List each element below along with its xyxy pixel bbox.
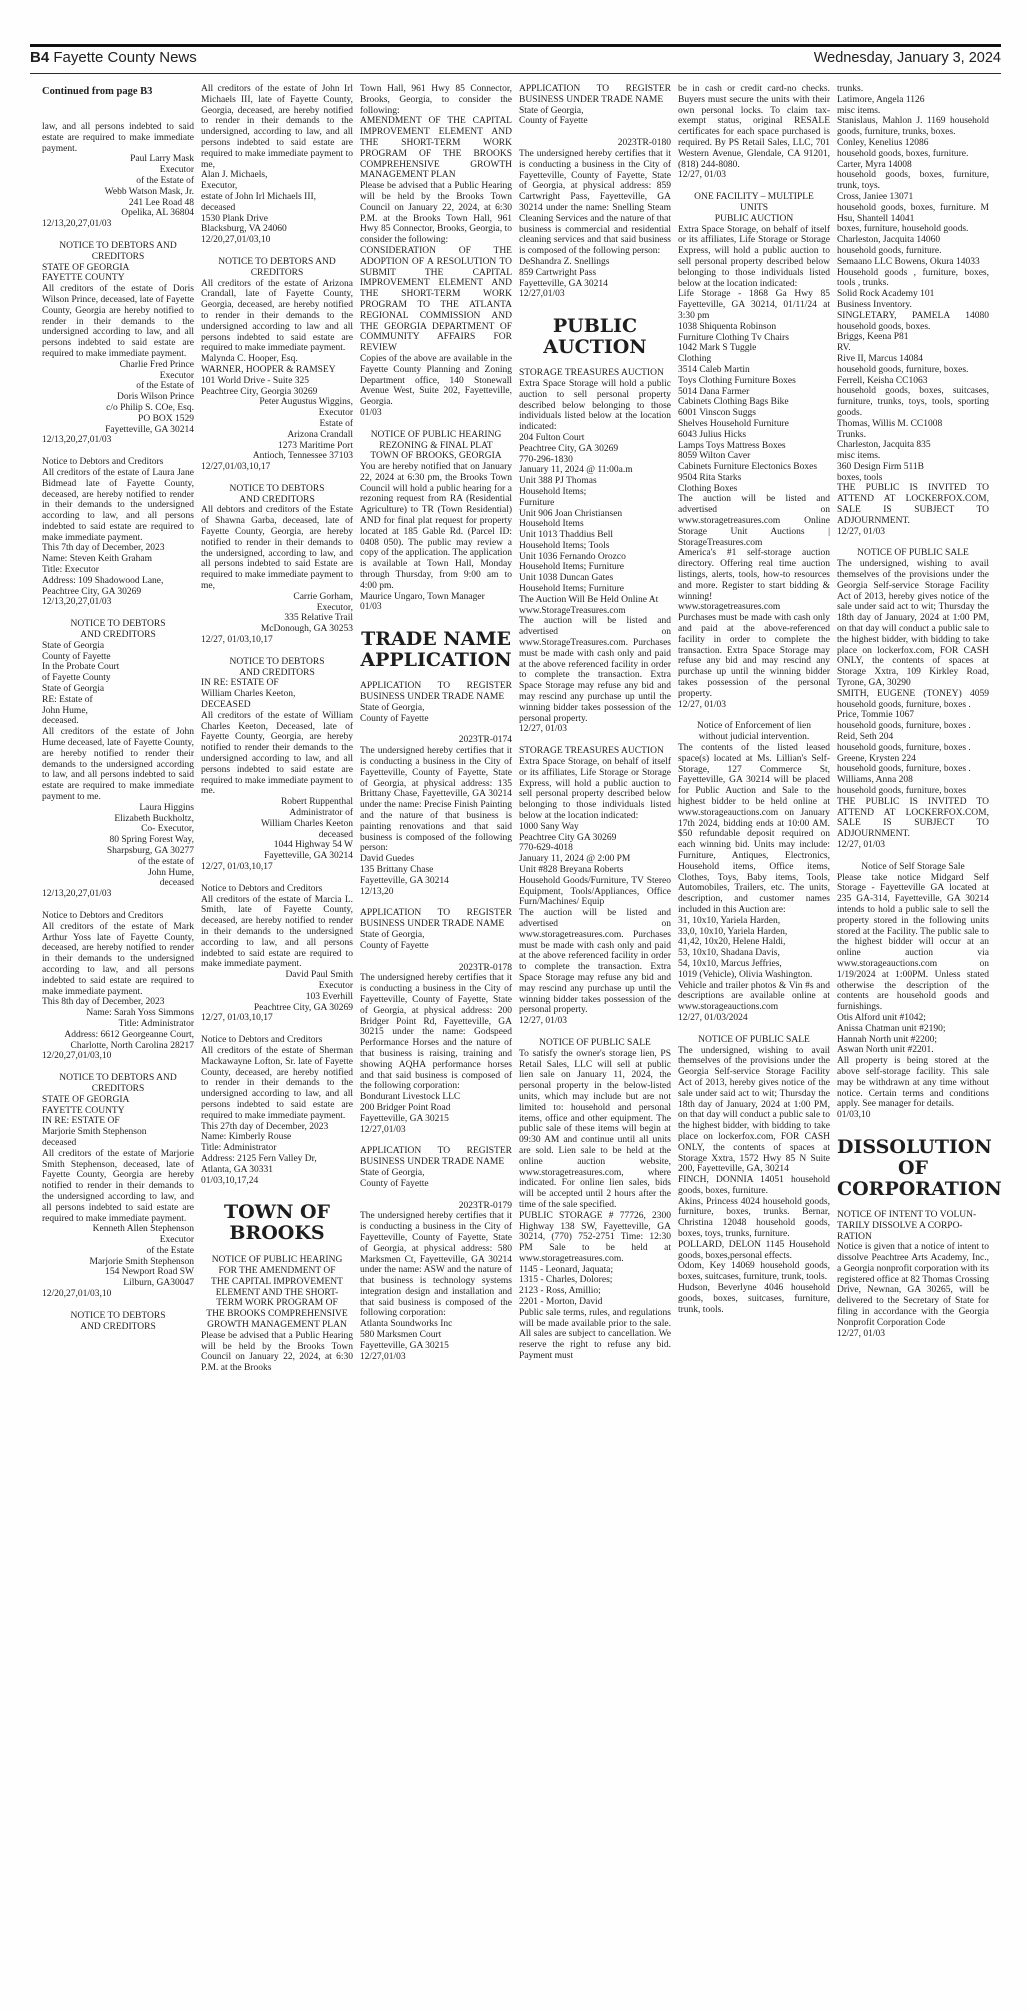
masthead: B4 Fayette County News Wednesday, Januar… <box>30 49 1001 66</box>
notice-signature: Laura Higgins Elizabeth Buckholtz, Co- E… <box>42 803 194 889</box>
notice-paragraph: STATE OF GEORGIA FAYETTE COUNTY All cred… <box>42 263 194 360</box>
notice-citation: 01/03 <box>360 602 512 613</box>
notice-signature: Name: Sarah Yoss Simmons Title: Administ… <box>42 1008 194 1051</box>
notice-citation: 12/13,20,27,01/03 <box>42 889 194 900</box>
notice-citation: 12/27,01/03 <box>519 289 671 300</box>
notice-signature: Carrie Gorham, Executor, 335 Relative Tr… <box>201 592 353 635</box>
section-heading: TRADE NAME APPLICATION <box>360 629 512 671</box>
section-heading: PUBLIC AUCTION <box>519 316 671 358</box>
notice-citation: 12/20,27,01/03,10 <box>201 235 353 246</box>
notice-paragraph: State of Georgia County of Fayette In th… <box>42 641 194 803</box>
notice-paragraph: The undersigned, wishing to avail themse… <box>837 559 989 840</box>
notice-citation: 12/27, 01/03 <box>519 1016 671 1027</box>
notice-signature: 2023TR-0179 <box>360 1201 512 1212</box>
notice-citation: 12/27,01/03 <box>360 1125 512 1136</box>
spacer <box>360 952 512 963</box>
notice-paragraph: All creditors of the estate of John Irl … <box>201 84 353 235</box>
notice-heading: NOTICE TO DEBTORS AND CREDITORS <box>42 1073 194 1095</box>
notice-paragraph: Extra Space Storage, on behalf of itself… <box>678 225 830 700</box>
notice-citation: 12/27, 01/03/2024 <box>678 1013 830 1024</box>
notice-paragraph: Please take notice Midgard Self Storage … <box>837 873 989 1111</box>
notice-signature: David Paul Smith Executor 103 Everhill P… <box>201 970 353 1013</box>
notice-paragraph: Notice to Debtors and Creditors All cred… <box>201 1035 353 1175</box>
notice-signature: Paul Larry Mask Executor of the Estate o… <box>42 154 194 219</box>
notice-heading: NOTICE OF PUBLIC SALE <box>678 1035 830 1046</box>
notice-heading: NOTICE OF PUBLIC HEARING FOR THE AMENDME… <box>201 1255 353 1331</box>
notice-citation: 12/13,20,27,01/03 <box>42 219 194 230</box>
column-4: APPLICATION TO REGISTER BUSINESS UNDER T… <box>519 84 671 1362</box>
notice-paragraph: The undersigned hereby certifies that it… <box>360 1211 512 1351</box>
notice-paragraph: To satisfy the owner's storage lien, PS … <box>519 1049 671 1362</box>
notice-citation: 01/03 <box>360 408 512 419</box>
notice-paragraph: All debtors and creditors of the Estate … <box>201 505 353 591</box>
notice-paragraph: STORAGE TREASURES AUCTION Extra Space St… <box>519 746 671 1016</box>
notice-citation: 12/27,01/03,10,17 <box>201 462 353 473</box>
masthead-rule-top <box>30 44 1001 47</box>
notice-citation: 12/13,20,27,01/03 <box>42 435 194 446</box>
notice-paragraph: STORAGE TREASURES AUCTION Extra Space St… <box>519 368 671 724</box>
notice-signature: Charlie Fred Prince Executor of the Esta… <box>42 360 194 436</box>
notice-paragraph: The undersigned hereby certifies that it… <box>519 149 671 289</box>
notice-paragraph: APPLICATION TO REGISTER BUSINESS UNDER T… <box>360 681 512 724</box>
notice-paragraph: Town Hall, 961 Hwy 85 Connector, Brooks,… <box>360 84 512 408</box>
notice-heading: NOTICE TO DEBTORS AND CREDITORS <box>42 1311 194 1333</box>
notice-heading: NOTICE TO DEBTORS AND CREDITORS <box>42 619 194 641</box>
notice-citation: 12/27, 01/03,10,17 <box>201 635 353 646</box>
notice-heading: NOTICE OF PUBLIC SALE <box>837 548 989 559</box>
notice-citation: 12/27,01/03 <box>360 1352 512 1363</box>
notice-heading: NOTICE TO DEBTORS AND CREDITORS <box>42 241 194 263</box>
notice-citation: 12/27, 01/03,10,17 <box>201 1013 353 1024</box>
notice-paragraph: APPLICATION TO REGISTER BUSINESS UNDER T… <box>519 84 671 127</box>
notice-citation: 12/20,27,01/03,10 <box>42 1289 194 1300</box>
notice-paragraph: NOTICE OF INTENT TO VOLUN- TARILY DISSOL… <box>837 1210 989 1329</box>
masthead-rule-bottom <box>30 73 1001 74</box>
notice-citation: 01/03,10 <box>837 1110 989 1121</box>
notice-signature: Peter Augustus Wiggins, Executor Estate … <box>201 397 353 462</box>
newspaper-page: B4 Fayette County News Wednesday, Januar… <box>0 0 1029 2013</box>
notice-citation: 12/27, 01/03 <box>678 170 830 181</box>
spacer <box>360 1190 512 1201</box>
notice-citation: 12/27, 01/03 <box>678 700 830 711</box>
column-2: All creditors of the estate of John Irl … <box>201 84 353 1374</box>
notice-heading: NOTICE TO DEBTORS AND CREDITORS <box>201 484 353 506</box>
notice-signature: Robert Ruppenthal Administrator of Willi… <box>201 797 353 862</box>
notice-paragraph: The undersigned hereby certifies that it… <box>360 746 512 886</box>
notice-paragraph: The undersigned hereby certifies that it… <box>360 973 512 1124</box>
notice-paragraph: STATE OF GEORGIA FAYETTE COUNTY IN RE: E… <box>42 1095 194 1225</box>
continued-label: Continued from page B3 <box>42 86 194 98</box>
notice-paragraph: Notice to Debtors and Creditors All cred… <box>201 884 353 970</box>
notice-heading: NOTICE TO DEBTORS AND CREDITORS <box>201 657 353 679</box>
notice-heading: Notice of Self Storage Sale <box>837 862 989 873</box>
section-heading: TOWN OF BROOKS <box>201 1202 353 1244</box>
column-1: Continued from page B3law, and all perso… <box>42 84 194 1332</box>
masthead-left: B4 Fayette County News <box>30 49 197 66</box>
notice-heading: NOTICE OF PUBLIC SALE <box>519 1038 671 1049</box>
notice-heading: ONE FACILITY – MULTIPLE UNITS PUBLIC AUC… <box>678 192 830 224</box>
page-columns: Continued from page B3law, and all perso… <box>42 84 987 1374</box>
paper-name: Fayette County News <box>53 49 196 66</box>
notice-heading: Notice of Enforcement of lien without ju… <box>678 721 830 743</box>
notice-citation: 12/27, 01/03,10,17 <box>201 862 353 873</box>
spacer <box>519 127 671 138</box>
notice-paragraph: be in cash or credit card-no checks. Buy… <box>678 84 830 170</box>
notice-citation: 12/27, 01/03 <box>837 840 989 851</box>
notice-paragraph: Notice to Debtors and Creditors All cred… <box>42 457 194 597</box>
notice-paragraph: Please be advised that a Public Hearing … <box>201 1331 353 1374</box>
notice-citation: 01/03,10,17,24 <box>201 1176 353 1187</box>
column-6: trunks. Latimore, Angela 1126 misc items… <box>837 84 989 1350</box>
notice-heading: NOTICE TO DEBTORS AND CREDITORS <box>201 257 353 279</box>
notice-paragraph: The undersigned, wishing to avail themse… <box>678 1046 830 1316</box>
notice-paragraph: All creditors of the estate of Arizona C… <box>201 279 353 398</box>
notice-citation: 12/27, 01/03 <box>837 527 989 538</box>
notice-signature: 2023TR-0178 <box>360 963 512 974</box>
column-3: Town Hall, 961 Hwy 85 Connector, Brooks,… <box>360 84 512 1373</box>
notice-citation: 12/13,20 <box>360 887 512 898</box>
spacer <box>360 724 512 735</box>
notice-citation: 12/13,20,27,01/03 <box>42 597 194 608</box>
section-heading: DISSOLUTION OF CORPORATION <box>837 1137 989 1200</box>
notice-citation: 12/20,27,01/03,10 <box>42 1051 194 1062</box>
column-5: be in cash or credit card-no checks. Buy… <box>678 84 830 1315</box>
page-label: B4 <box>30 49 49 66</box>
notice-paragraph: You are hereby notified that on January … <box>360 462 512 602</box>
notice-paragraph: APPLICATION TO REGISTER BUSINESS UNDER T… <box>360 908 512 951</box>
notice-citation: 12/27, 01/03 <box>519 724 671 735</box>
notice-signature: Kenneth Allen Stephenson Executor of the… <box>42 1224 194 1289</box>
notice-heading: NOTICE OF PUBLIC HEARING REZONING & FINA… <box>360 430 512 462</box>
notice-signature: 2023TR-0180 <box>519 138 671 149</box>
notice-citation: 12/27, 01/03 <box>837 1329 989 1340</box>
notice-paragraph: IN RE: ESTATE OF William Charles Keeton,… <box>201 678 353 797</box>
notice-paragraph: law, and all persons indebted to said es… <box>42 122 194 154</box>
page-date: Wednesday, January 3, 2024 <box>814 50 1001 66</box>
notice-paragraph: APPLICATION TO REGISTER BUSINESS UNDER T… <box>360 1146 512 1189</box>
notice-paragraph: Notice to Debtors and Creditors All cred… <box>42 911 194 1008</box>
notice-signature: 2023TR-0174 <box>360 735 512 746</box>
notice-paragraph: trunks. Latimore, Angela 1126 misc items… <box>837 84 989 527</box>
notice-paragraph: The contents of the listed leased space(… <box>678 743 830 1013</box>
